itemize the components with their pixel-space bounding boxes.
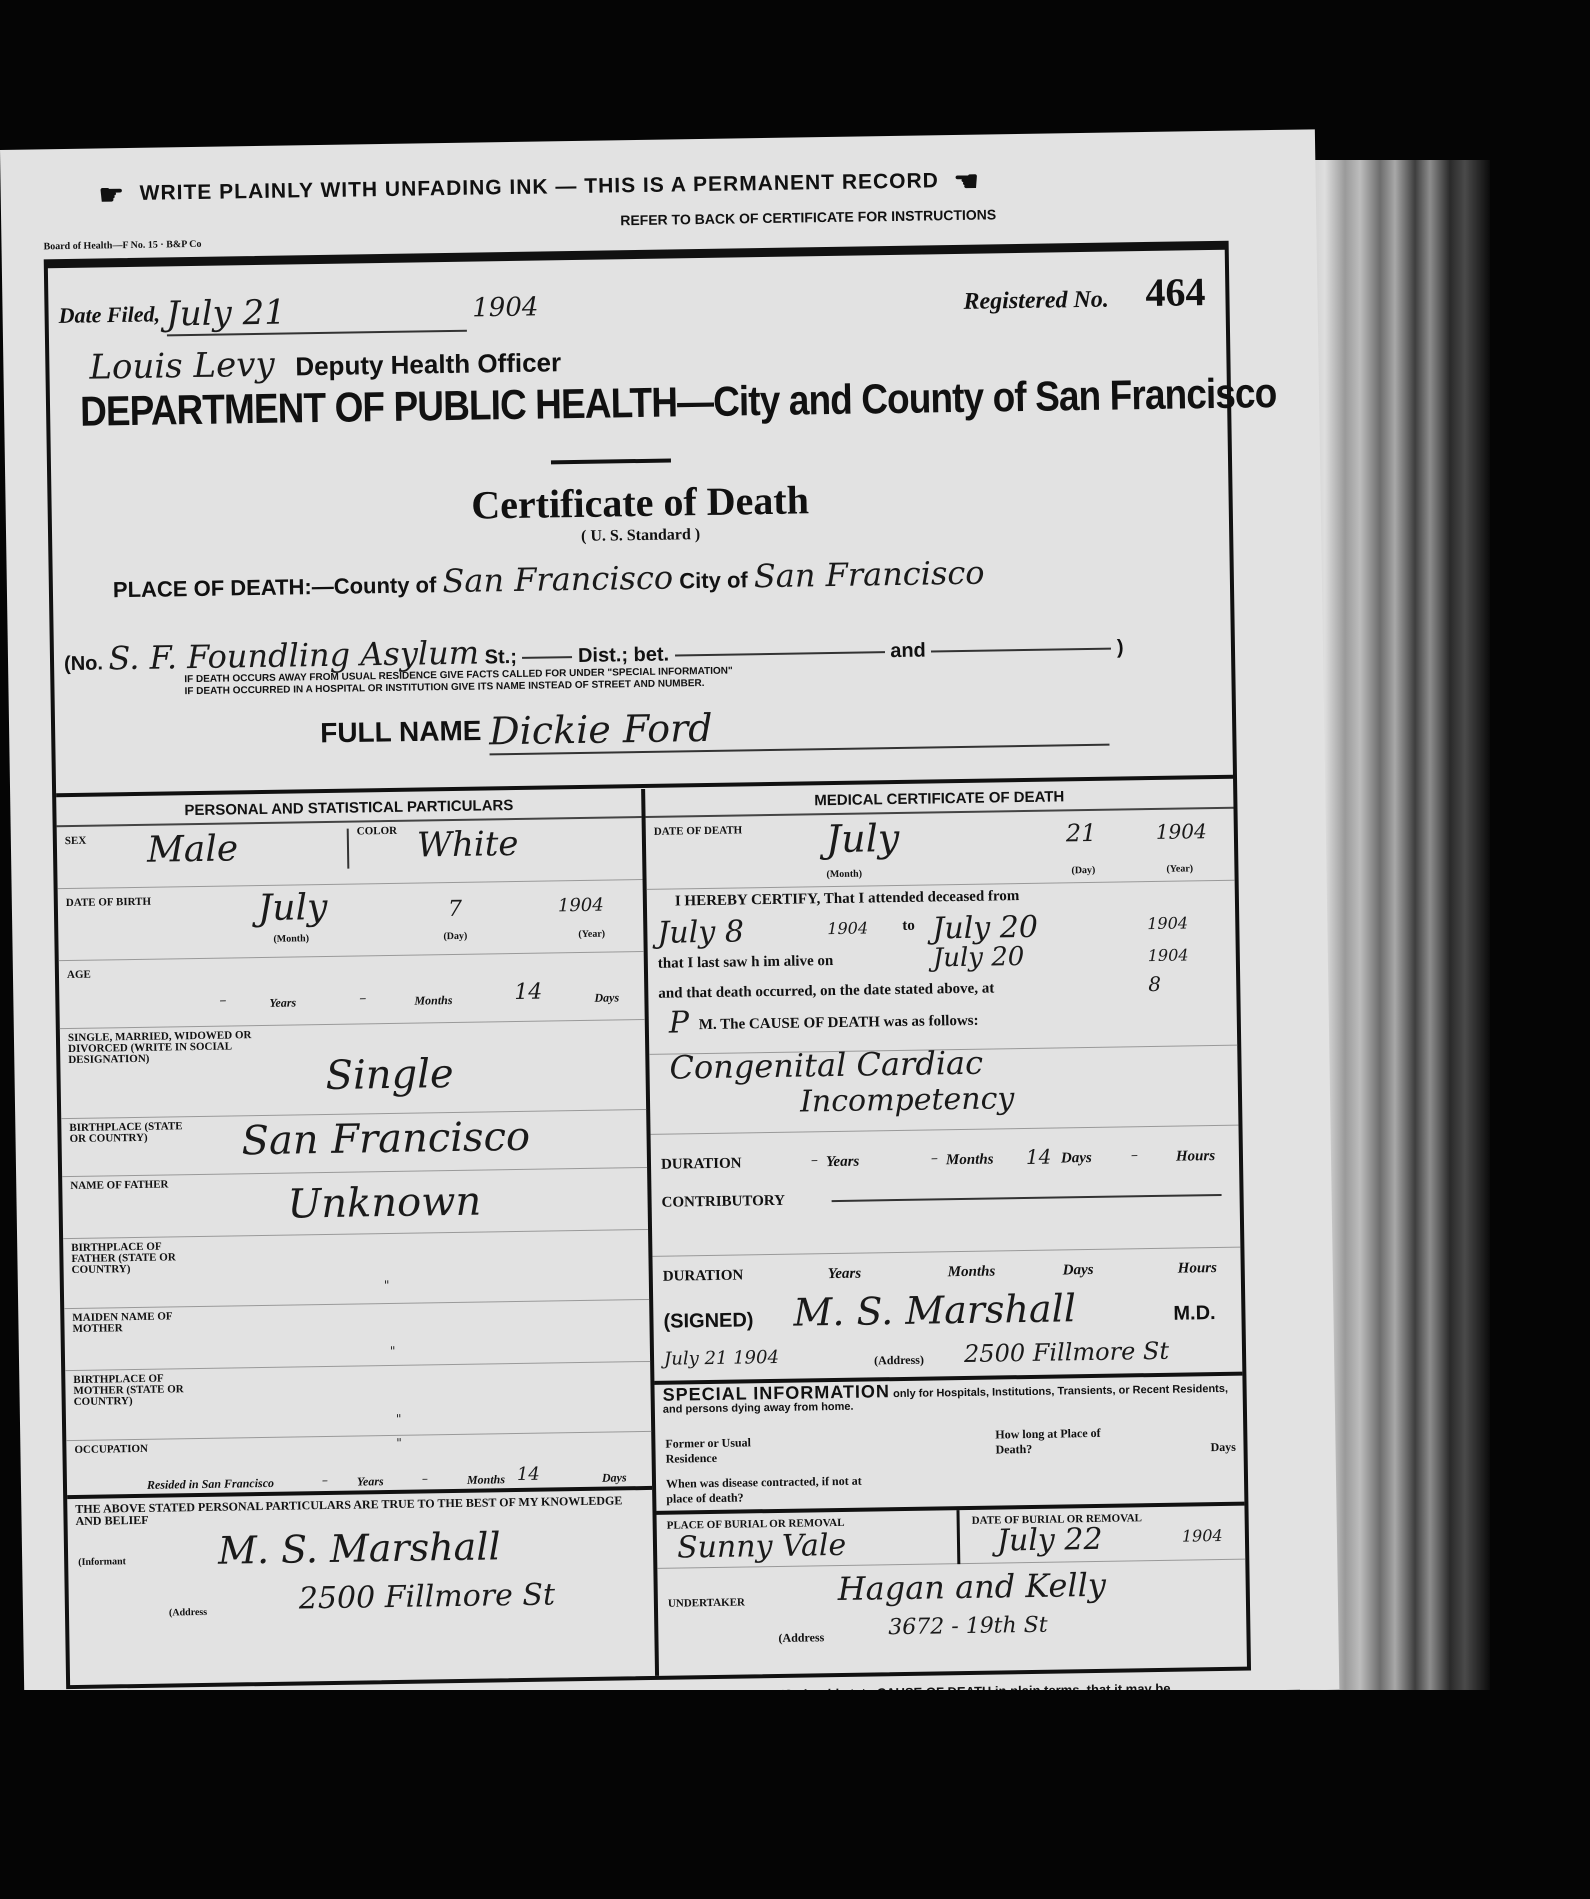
occurred-text: and that death occurred, on the date sta… xyxy=(658,980,994,1002)
date-filed-label: Date Filed, xyxy=(58,301,160,328)
duration-months: – xyxy=(931,1150,938,1166)
former-residence-label: Former or Usual Residence xyxy=(665,1435,775,1467)
dod-day: 21 xyxy=(1066,819,1097,847)
death-time: 8 xyxy=(1148,972,1161,996)
sex-color-row: SEX Male COLOR White xyxy=(57,818,643,889)
physician-address: 2500 Fillmore St xyxy=(964,1337,1169,1368)
age-label: AGE xyxy=(67,969,91,981)
physician-signature: M. S. Marshall xyxy=(793,1286,1076,1334)
dob-year: 1904 xyxy=(558,895,604,917)
cause-line2: Incompetency xyxy=(800,1081,1015,1119)
date-filed-value: July 21 xyxy=(166,290,467,337)
resided-years-caption: Years xyxy=(357,1474,384,1489)
resided-days: 14 xyxy=(517,1464,540,1485)
marital-value: Single xyxy=(325,1051,454,1099)
certify-block: I HEREBY CERTIFY, That I attended deceas… xyxy=(647,881,1238,1055)
undertaker-address-label: (Address xyxy=(778,1630,824,1646)
years-caption: Years xyxy=(269,995,296,1010)
informant-label: (Informant xyxy=(78,1556,126,1568)
duration2-months-caption: Months xyxy=(948,1264,996,1282)
duration-days-caption: Days xyxy=(1061,1150,1092,1167)
officer-signature: Louis Levy xyxy=(89,345,275,388)
resided-days-caption: Days xyxy=(602,1470,627,1485)
dod-month-caption: (Month) xyxy=(826,869,862,881)
cause-row: Congenital Cardiac Incompetency xyxy=(649,1046,1238,1135)
officer-title: Deputy Health Officer xyxy=(295,347,561,381)
meridiem: P xyxy=(669,1005,690,1040)
birthplace-value: San Francisco xyxy=(241,1114,530,1165)
place-of-death-label: PLACE OF DEATH:—County of xyxy=(113,572,437,602)
dob-month: July xyxy=(258,887,328,929)
mother-birthplace-label: BIRTHPLACE OF MOTHER (State or Country) xyxy=(73,1373,204,1408)
registered-number-value: 464 xyxy=(1145,269,1206,315)
informant-statement: THE ABOVE STATED PERSONAL PARTICULARS AR… xyxy=(75,1494,644,1527)
dod-year: 1904 xyxy=(1156,819,1207,844)
burial-divider xyxy=(956,1510,960,1564)
city-label: City of xyxy=(679,567,748,593)
certificate-frame: Date Filed, July 21 1904 Registered No. … xyxy=(44,241,1251,1689)
dob-label: DATE OF BIRTH xyxy=(66,896,151,909)
dob-day: 7 xyxy=(448,897,462,922)
burial-place: Sunny Vale xyxy=(677,1528,847,1566)
sex-color-divider xyxy=(347,829,350,869)
death-certificate-page: ☛ WRITE PLAINLY WITH UNFADING INK — THIS… xyxy=(0,129,1339,1709)
refer-instructions: REFER TO BACK OF CERTIFICATE FOR INSTRUC… xyxy=(620,206,996,228)
occupation-label: OCCUPATION xyxy=(74,1436,643,1456)
attended-to: July 20 xyxy=(932,910,1038,947)
dod-row: DATE OF DEATH July 21 1904 (Month) (Day)… xyxy=(646,809,1235,890)
months-caption: Months xyxy=(414,993,452,1009)
mother-birthplace-value: " xyxy=(396,1412,402,1426)
duration-row: DURATION – Years – Months 14 Days – Hour… xyxy=(651,1126,1240,1187)
duration2-hours-caption: Hours xyxy=(1178,1260,1217,1278)
how-long-label: How long at Place of Death? xyxy=(995,1425,1135,1457)
mother-value: " xyxy=(390,1344,396,1358)
informant-address: 2500 Fillmore St xyxy=(299,1577,556,1616)
birthplace-row: BIRTHPLACE (State or Country) San Franci… xyxy=(61,1110,647,1177)
board-form-number: Board of Health—F No. 15 · B&P Co xyxy=(43,239,201,252)
duration-label: DURATION xyxy=(661,1155,742,1173)
burial-year: 1904 xyxy=(1182,1526,1223,1546)
attended-from: July 8 xyxy=(657,914,744,950)
father-value: Unknown xyxy=(287,1179,481,1228)
dod-day-caption: (Day) xyxy=(1071,865,1095,876)
duration2-days-caption: Days xyxy=(1063,1262,1094,1279)
age-row: AGE – Years – Months 14 Days xyxy=(59,952,645,1029)
occupation-value: " xyxy=(396,1436,402,1450)
birthplace-label: BIRTHPLACE (State or Country) xyxy=(69,1121,189,1145)
duration-days: 14 xyxy=(1026,1145,1052,1169)
days-caption: Days xyxy=(594,990,619,1005)
color-value: White xyxy=(417,824,519,866)
duration2-years-caption: Years xyxy=(828,1266,862,1284)
mother-birthplace-row: BIRTHPLACE OF MOTHER (State or Country) … xyxy=(65,1362,651,1441)
mother-label: MAIDEN NAME OF MOTHER xyxy=(72,1311,202,1335)
color-label: COLOR xyxy=(357,826,398,838)
special-heading: SPECIAL INFORMATION only for Hospitals, … xyxy=(663,1380,1235,1416)
informant-address-label: (Address xyxy=(169,1607,207,1619)
age-months: – xyxy=(359,990,366,1006)
duration-years: – xyxy=(811,1152,818,1168)
place-of-death: PLACE OF DEATH:—County of San Francisco … xyxy=(113,554,985,606)
dod-label: DATE OF DEATH xyxy=(654,824,743,837)
personal-particulars: PERSONAL AND STATISTICAL PARTICULARS SEX… xyxy=(56,789,659,1685)
day-caption: (Day) xyxy=(443,931,467,942)
mother-row: MAIDEN NAME OF MOTHER " xyxy=(64,1300,650,1371)
dob-row: DATE OF BIRTH July 7 1904 (Month) (Day) … xyxy=(58,880,644,961)
signed-label: (SIGNED) xyxy=(663,1309,753,1333)
month-caption: (Month) xyxy=(273,933,309,945)
undertaker-address: 3672 - 19th St xyxy=(888,1613,1048,1640)
attended-from-year: 1904 xyxy=(827,918,868,938)
cause-text: M. The CAUSE OF DEATH was as follows: xyxy=(699,1013,979,1034)
and-label: and xyxy=(890,640,926,663)
how-long-days-label: Days xyxy=(1210,1440,1236,1455)
undertaker-value: Hagan and Kelly xyxy=(837,1566,1106,1608)
cause-line1: Congenital Cardiac xyxy=(669,1044,983,1087)
dod-month: July xyxy=(826,816,900,861)
sex-value: Male xyxy=(147,828,239,870)
dist-blank xyxy=(675,651,885,656)
father-birthplace-value: " xyxy=(384,1278,390,1292)
signed-date: July 21 1904 xyxy=(664,1347,779,1370)
last-saw-label: that I last saw h im alive on xyxy=(658,953,834,973)
duration-months-caption: Months xyxy=(946,1152,994,1170)
ink-banner-text: WRITE PLAINLY WITH UNFADING INK — THIS I… xyxy=(139,169,939,205)
undertaker-row: UNDERTAKER Hagan and Kelly (Address 3672… xyxy=(657,1560,1246,1649)
to-label: to xyxy=(902,918,915,935)
contributory-blank xyxy=(832,1194,1222,1202)
date-filed-year: 1904 xyxy=(472,292,539,323)
registered-label: Registered No. xyxy=(963,287,1109,315)
date-filed: Date Filed, July 21 1904 xyxy=(58,289,538,339)
medical-certificate: MEDICAL CERTIFICATE OF DEATH DATE OF DEA… xyxy=(645,780,1247,1676)
special-information: SPECIAL INFORMATION only for Hospitals, … xyxy=(654,1376,1244,1515)
duration-years-caption: Years xyxy=(826,1154,860,1172)
father-row: NAME OF FATHER Unknown xyxy=(62,1168,648,1239)
st-label: St.; xyxy=(485,646,518,669)
marital-label: SINGLE, MARRIED, WIDOWED OR DIVORCED (Wr… xyxy=(68,1030,278,1066)
county-value: San Francisco xyxy=(442,558,673,600)
year-caption: (Year) xyxy=(578,929,605,940)
full-name-label: FULL NAME xyxy=(320,715,482,749)
contributory-row: CONTRIBUTORY xyxy=(651,1178,1240,1257)
informant-row: THE ABOVE STATED PERSONAL PARTICULARS AR… xyxy=(67,1490,654,1629)
marital-row: SINGLE, MARRIED, WIDOWED OR DIVORCED (Wr… xyxy=(60,1020,646,1119)
burial-row: PLACE OF BURIAL OR REMOVAL Sunny Vale DA… xyxy=(657,1506,1246,1569)
full-name: FULL NAME Dickie Ford xyxy=(320,700,1110,758)
pointing-hand-icon: ☛ xyxy=(98,178,125,211)
attended-to-year: 1904 xyxy=(1147,913,1188,933)
last-saw-year: 1904 xyxy=(1148,945,1189,965)
st-blank xyxy=(522,656,572,659)
dod-year-caption: (Year) xyxy=(1166,863,1193,874)
city-value: San Francisco xyxy=(754,554,985,596)
full-name-value: Dickie Ford xyxy=(489,700,1110,756)
resided-months: – xyxy=(422,1471,428,1485)
and-blank xyxy=(931,647,1111,652)
father-birthplace-label: BIRTHPLACE OF FATHER (State or Country) xyxy=(71,1241,202,1276)
resided-months-caption: Months xyxy=(467,1472,505,1488)
dist-label: Dist.; bet. xyxy=(578,644,669,667)
occupation-row: OCCUPATION " Resided in San Francisco – … xyxy=(66,1432,652,1499)
contracted-label: When was disease contracted, if not at p… xyxy=(666,1474,866,1507)
resided-years: – xyxy=(322,1473,328,1487)
father-birthplace-row: BIRTHPLACE OF FATHER (State or Country) … xyxy=(63,1230,649,1309)
age-days: 14 xyxy=(514,980,542,1005)
title-divider xyxy=(551,458,671,464)
ink-banner: ☛ WRITE PLAINLY WITH UNFADING INK — THIS… xyxy=(90,164,988,211)
last-saw-date: July 20 xyxy=(933,942,1025,973)
no-label: (No. xyxy=(64,652,103,675)
contributory-label: CONTRIBUTORY xyxy=(661,1193,785,1212)
burial-date: July 22 xyxy=(997,1522,1103,1559)
undertaker-label: UNDERTAKER xyxy=(668,1597,745,1609)
duration-hours: – xyxy=(1131,1147,1138,1163)
age-years: – xyxy=(219,993,226,1009)
father-label: NAME OF FATHER xyxy=(70,1179,170,1192)
signed-row: (SIGNED) M. S. Marshall M.D. July 21 190… xyxy=(653,1288,1242,1385)
pointing-hand-left-icon: ☚ xyxy=(953,165,980,198)
duration-hours-caption: Hours xyxy=(1176,1148,1215,1166)
resided-label: Resided in San Francisco xyxy=(147,1476,274,1493)
certify-text: I HEREBY CERTIFY, That I attended deceas… xyxy=(655,885,1227,911)
registered-number: Registered No. 464 xyxy=(963,268,1206,319)
duration2-label: DURATION xyxy=(663,1267,744,1285)
md-label: M.D. xyxy=(1173,1302,1216,1326)
informant-name: M. S. Marshall xyxy=(218,1524,501,1572)
sex-label: SEX xyxy=(65,835,87,847)
physician-address-label: (Address) xyxy=(874,1353,924,1369)
bottom-shadow xyxy=(0,1690,1590,1899)
